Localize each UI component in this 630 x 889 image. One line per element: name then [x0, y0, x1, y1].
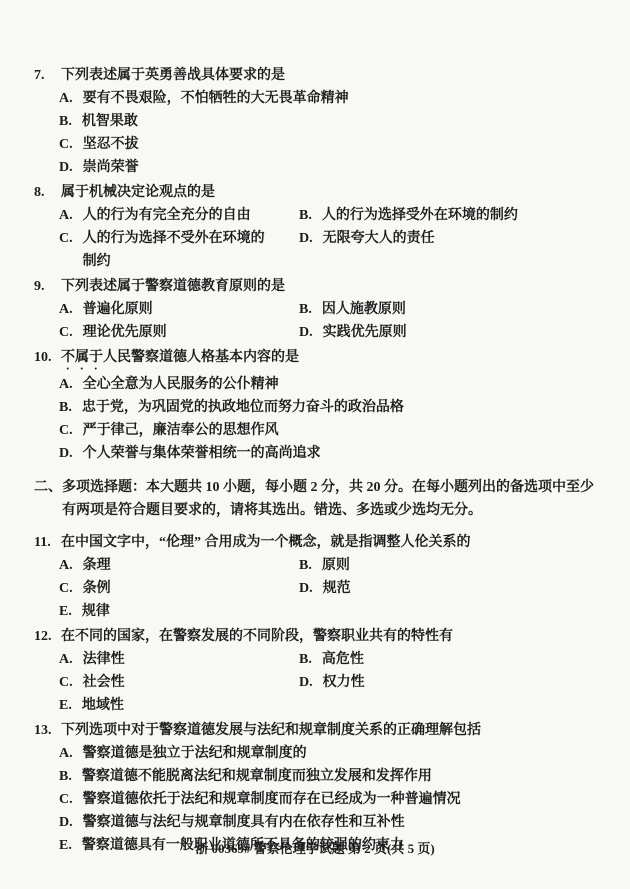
option-B: B. 机智果敢	[34, 110, 604, 133]
option-label: B.	[59, 396, 72, 419]
option-text: 要有不畏艰险，不怕牺牲的大无畏革命精神	[83, 87, 604, 110]
option-label: A.	[59, 298, 73, 321]
question-text-rest: 人民警察道德人格基本内容的是	[103, 350, 299, 365]
option-label: B.	[299, 648, 312, 671]
option-text: 原则	[322, 554, 604, 577]
option-D: D. 崇尚荣誉	[34, 156, 604, 179]
option-label: A.	[59, 554, 73, 577]
option-label: C.	[59, 321, 73, 344]
option-text: 全心全意为人民服务的公仆精神	[83, 373, 604, 396]
question-number: 8.	[34, 181, 61, 204]
option-label: D.	[59, 442, 73, 465]
option-label: B.	[299, 298, 312, 321]
option-B: B. 高危性	[274, 648, 604, 671]
option-text: 人的行为选择受外在环境的制约	[322, 204, 604, 227]
question-10: 10. 不属于人民警察道德人格基本内容的是 A. 全心全意为人民服务的公仆精神 …	[34, 346, 604, 465]
emphasized-text: 不属于	[61, 350, 103, 365]
option-text: 严于律己，廉洁奉公的思想作风	[83, 419, 604, 442]
option-label: B.	[59, 110, 72, 133]
question-number: 9.	[34, 275, 61, 298]
option-label: A.	[59, 87, 73, 110]
option-text: 理论优先原则	[83, 321, 274, 344]
question-text: 下列表述属于警察道德教育原则的是	[61, 275, 604, 298]
option-D: D. 警察道德与法纪与规章制度具有内在依存性和互补性	[34, 811, 604, 834]
question-11-options: A. 条理 B. 原则 C. 条例 D. 规范	[34, 554, 604, 600]
question-number: 13.	[34, 719, 61, 742]
option-B: B. 因人施教原则	[274, 298, 604, 321]
question-9: 9. 下列表述属于警察道德教育原则的是 A. 普遍化原则 B. 因人施教原则 C…	[34, 275, 604, 344]
option-label: C.	[59, 671, 73, 694]
option-label: B.	[299, 204, 312, 227]
section-2-header: 二、 多项选择题：本大题共 10 小题，每小题 2 分，共 20 分。在每小题列…	[34, 476, 604, 522]
option-C: C. 警察道德依托于法纪和规章制度而存在已经成为一种普遍情况	[34, 788, 604, 811]
option-B: B. 警察道德不能脱离法纪和规章制度而独立发展和发挥作用	[34, 765, 604, 788]
option-A: A. 警察道德是独立于法纪和规章制度的	[34, 742, 604, 765]
option-D: D. 权力性	[274, 671, 604, 694]
option-label: D.	[299, 577, 313, 600]
option-D: D. 个人荣誉与集体荣誉相统一的高尚追求	[34, 442, 604, 465]
option-text: 条理	[83, 554, 274, 577]
option-text: 因人施教原则	[322, 298, 604, 321]
question-10-options: A. 全心全意为人民服务的公仆精神 B. 忠于党，为巩固党的执政地位而努力奋斗的…	[34, 373, 604, 465]
question-13: 13. 下列选项中对于警察道德发展与法纪和规章制度关系的正确理解包括 A. 警察…	[34, 719, 604, 857]
option-text: 个人荣誉与集体荣誉相统一的高尚追求	[83, 442, 604, 465]
option-text: 坚忍不拔	[83, 133, 604, 156]
option-E: E. 地域性	[34, 694, 604, 717]
option-text: 普遍化原则	[83, 298, 274, 321]
question-13-stem: 13. 下列选项中对于警察道德发展与法纪和规章制度关系的正确理解包括	[34, 719, 604, 742]
exam-paper-page: 7. 下列表述属于英勇善战具体要求的是 A. 要有不畏艰险，不怕牺牲的大无畏革命…	[0, 0, 630, 889]
option-text: 忠于党，为巩固党的执政地位而努力奋斗的政治品格	[82, 396, 604, 419]
option-text: 社会性	[83, 671, 274, 694]
option-text: 无限夸大人的责任	[323, 227, 604, 273]
option-label: A.	[59, 742, 73, 765]
option-C: C. 人的行为选择不受外在环境的制约	[34, 227, 274, 273]
section-2-instructions: 多项选择题：本大题共 10 小题，每小题 2 分，共 20 分。在每小题列出的备…	[62, 476, 604, 522]
option-text: 实践优先原则	[323, 321, 604, 344]
option-text: 崇尚荣誉	[83, 156, 604, 179]
option-label: D.	[59, 156, 73, 179]
question-9-stem: 9. 下列表述属于警察道德教育原则的是	[34, 275, 604, 298]
option-text: 警察道德依托于法纪和规章制度而存在已经成为一种普遍情况	[83, 788, 604, 811]
question-7-stem: 7. 下列表述属于英勇善战具体要求的是	[34, 64, 604, 87]
question-text: 属于机械决定论观点的是	[61, 181, 604, 204]
option-label: A.	[59, 204, 73, 227]
question-8: 8. 属于机械决定论观点的是 A. 人的行为有完全充分的自由 B. 人的行为选择…	[34, 181, 604, 273]
question-8-options: A. 人的行为有完全充分的自由 B. 人的行为选择受外在环境的制约 C. 人的行…	[34, 204, 604, 273]
option-label: D.	[299, 321, 313, 344]
option-text: 规范	[323, 577, 604, 600]
question-9-options: A. 普遍化原则 B. 因人施教原则 C. 理论优先原则 D. 实践优先原则	[34, 298, 604, 344]
option-label: C.	[59, 419, 73, 442]
question-number: 11.	[34, 531, 61, 554]
question-12-options: A. 法律性 B. 高危性 C. 社会性 D. 权力性	[34, 648, 604, 694]
option-text: 警察道德是独立于法纪和规章制度的	[83, 742, 604, 765]
option-label: E.	[59, 600, 72, 623]
option-A: A. 普遍化原则	[34, 298, 274, 321]
option-label: B.	[59, 765, 72, 788]
option-label: D.	[299, 671, 313, 694]
option-A: A. 全心全意为人民服务的公仆精神	[34, 373, 604, 396]
question-10-stem: 10. 不属于人民警察道德人格基本内容的是	[34, 346, 604, 373]
option-C: C. 理论优先原则	[34, 321, 274, 344]
question-12: 12. 在不同的国家，在警察发展的不同阶段，警察职业共有的特性有 A. 法律性 …	[34, 625, 604, 717]
question-number: 12.	[34, 625, 61, 648]
option-label: B.	[299, 554, 312, 577]
option-B: B. 原则	[274, 554, 604, 577]
question-11-stem: 11. 在中国文字中，“伦理” 合用成为一个概念，就是指调整人伦关系的	[34, 531, 604, 554]
option-A: A. 人的行为有完全充分的自由	[34, 204, 274, 227]
option-label: C.	[59, 133, 73, 156]
option-label: A.	[59, 373, 73, 396]
option-text: 警察道德不能脱离法纪和规章制度而独立发展和发挥作用	[82, 765, 604, 788]
question-text: 下列选项中对于警察道德发展与法纪和规章制度关系的正确理解包括	[61, 719, 604, 742]
option-C: C. 社会性	[34, 671, 274, 694]
option-label: C.	[59, 227, 73, 273]
option-text: 机智果敢	[82, 110, 604, 133]
option-D: D. 实践优先原则	[274, 321, 604, 344]
question-7: 7. 下列表述属于英勇善战具体要求的是 A. 要有不畏艰险，不怕牺牲的大无畏革命…	[34, 64, 604, 179]
option-label: D.	[59, 811, 73, 834]
option-C: C. 坚忍不拔	[34, 133, 604, 156]
exam-content: 7. 下列表述属于英勇善战具体要求的是 A. 要有不畏艰险，不怕牺牲的大无畏革命…	[0, 0, 630, 857]
option-text: 规律	[82, 600, 604, 623]
option-label: E.	[59, 694, 72, 717]
question-text: 下列表述属于英勇善战具体要求的是	[61, 64, 604, 87]
option-label: C.	[59, 577, 73, 600]
option-A: A. 条理	[34, 554, 274, 577]
option-text: 警察道德与法纪与规章制度具有内在依存性和互补性	[83, 811, 604, 834]
option-text: 法律性	[83, 648, 274, 671]
option-B: B. 忠于党，为巩固党的执政地位而努力奋斗的政治品格	[34, 396, 604, 419]
option-text: 人的行为有完全充分的自由	[83, 204, 274, 227]
option-C: C. 条例	[34, 577, 274, 600]
question-7-options: A. 要有不畏艰险，不怕牺牲的大无畏革命精神 B. 机智果敢 C. 坚忍不拔 D…	[34, 87, 604, 179]
option-D: D. 无限夸大人的责任	[274, 227, 604, 273]
section-2-number: 二、	[34, 476, 62, 522]
question-12-stem: 12. 在不同的国家，在警察发展的不同阶段，警察职业共有的特性有	[34, 625, 604, 648]
option-D: D. 规范	[274, 577, 604, 600]
question-number: 10.	[34, 346, 61, 373]
option-text: 条例	[83, 577, 274, 600]
option-label: D.	[299, 227, 313, 273]
option-text: 高危性	[322, 648, 604, 671]
option-C: C. 严于律己，廉洁奉公的思想作风	[34, 419, 604, 442]
option-label: A.	[59, 648, 73, 671]
option-A: A. 要有不畏艰险，不怕牺牲的大无畏革命精神	[34, 87, 604, 110]
option-label: C.	[59, 788, 73, 811]
question-number: 7.	[34, 64, 61, 87]
question-11: 11. 在中国文字中，“伦理” 合用成为一个概念，就是指调整人伦关系的 A. 条…	[34, 531, 604, 623]
page-footer: 浙 00369# 警察伦理学试题 第 2 页(共 5 页)	[0, 838, 630, 857]
question-text: 在不同的国家，在警察发展的不同阶段，警察职业共有的特性有	[61, 625, 604, 648]
option-text: 地域性	[82, 694, 604, 717]
option-A: A. 法律性	[34, 648, 274, 671]
option-E: E. 规律	[34, 600, 604, 623]
question-8-stem: 8. 属于机械决定论观点的是	[34, 181, 604, 204]
question-text: 不属于人民警察道德人格基本内容的是	[61, 346, 604, 373]
option-text: 权力性	[323, 671, 604, 694]
page-footer-text: 浙 00369# 警察伦理学试题 第 2 页(共 5 页)	[195, 841, 434, 856]
option-B: B. 人的行为选择受外在环境的制约	[274, 204, 604, 227]
option-text: 人的行为选择不受外在环境的制约	[83, 227, 274, 273]
question-text: 在中国文字中，“伦理” 合用成为一个概念，就是指调整人伦关系的	[61, 531, 604, 554]
